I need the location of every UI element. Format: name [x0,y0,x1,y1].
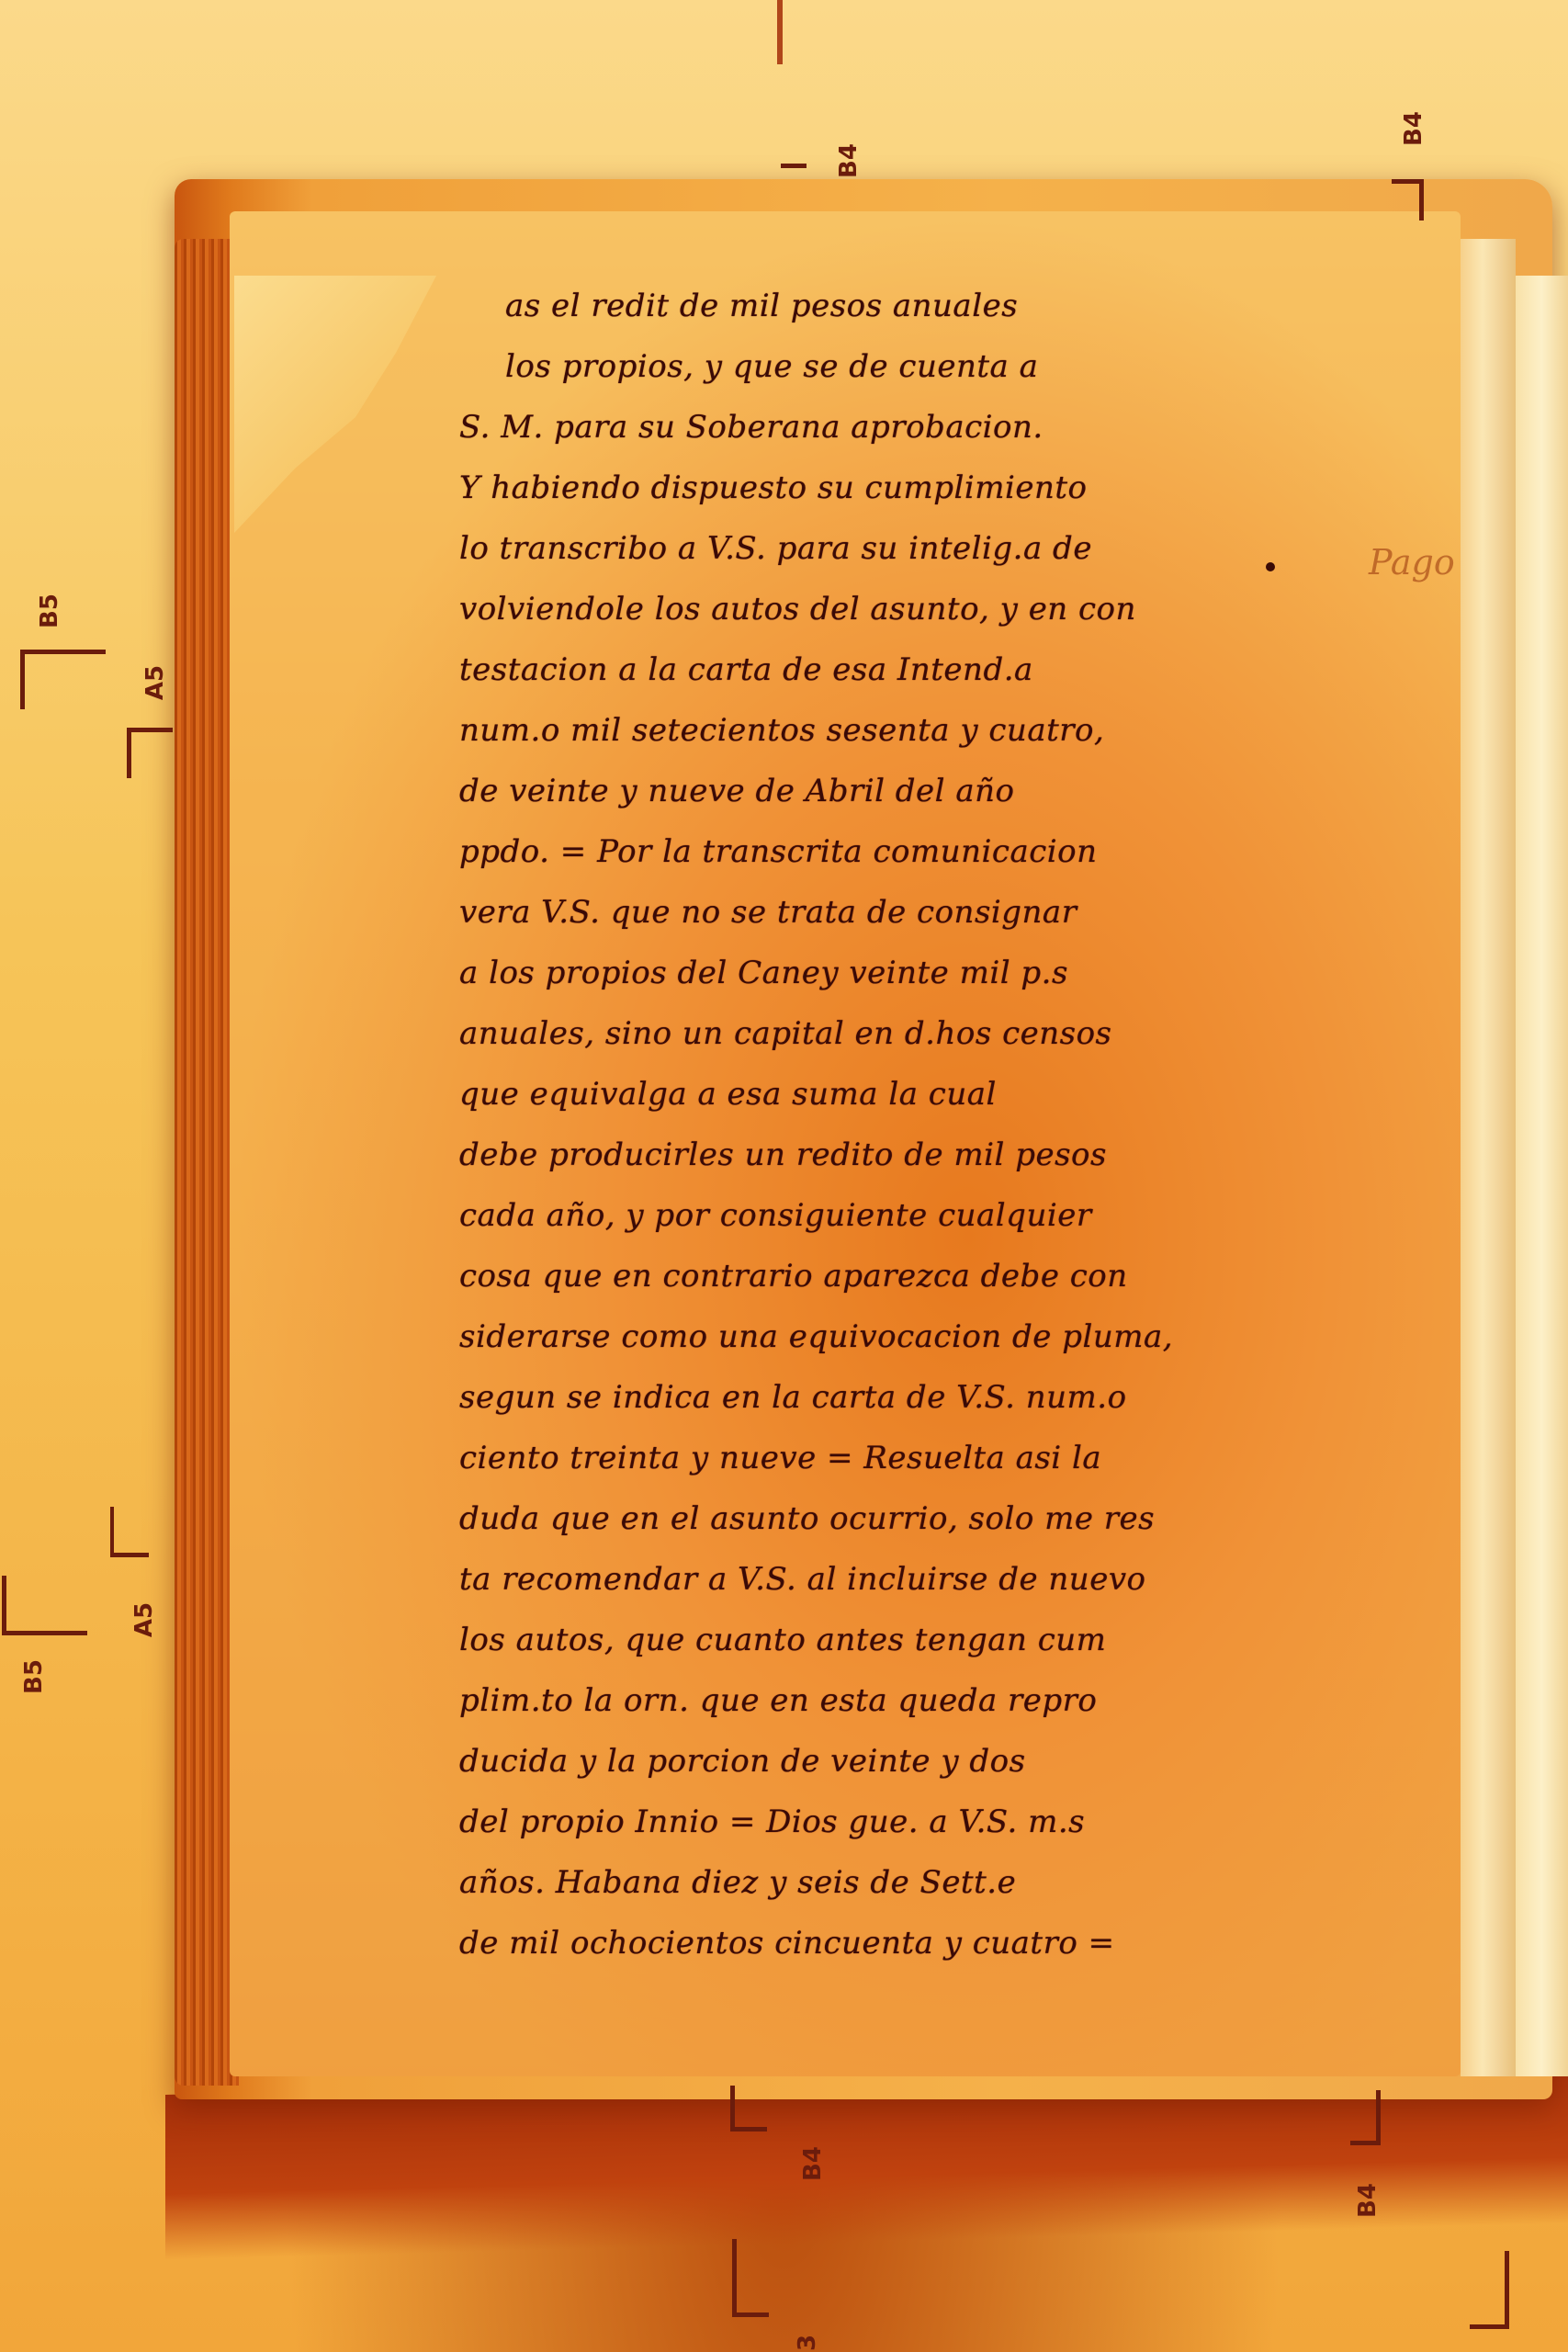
corner-mark-left-lower-outer [2,1576,87,1635]
text-line: volviendole los autos del asunto, y en c… [441,579,1286,639]
text-line: anuales, sino un capital en d.hos censos [441,1003,1286,1064]
text-line: años. Habana diez y seis de Sett.e [441,1852,1286,1913]
text-line: a los propios del Caney veinte mil p.s [441,943,1286,1003]
text-line: del propio Innio = Dios gue. a V.S. m.s [441,1792,1286,1852]
corner-mark-bottom-edge-left [732,2239,769,2317]
mark-label-bottom-edge: 3 [794,2335,821,2351]
text-line: los autos, que cuanto antes tengan cum [441,1610,1286,1670]
corner-mark-bottom-edge-right [1470,2251,1509,2329]
handwritten-text-block: as el redit de mil pesos anuales los pro… [441,276,1286,1973]
text-line: ta recomendar a V.S. al incluirse de nue… [441,1549,1286,1610]
text-line: lo transcribo a V.S. para su intelig.a d… [441,518,1286,579]
text-line: testacion a la carta de esa Intend.a [441,639,1286,700]
text-line: segun se indica en la carta de V.S. num.… [441,1367,1286,1428]
corner-mark-top-left [781,164,807,168]
top-edge-tick [777,0,783,64]
text-line: los propios, y que se de cuenta a [441,336,1286,397]
text-line: vera V.S. que no se trata de consignar [441,882,1286,943]
text-line: que equivalga a esa suma la cual [441,1064,1286,1125]
mark-label-bottom-left: B4 [799,2146,827,2181]
text-line: cosa que en contrario aparezca debe con [441,1246,1286,1306]
text-line: Y habiendo dispuesto su cumplimiento [441,458,1286,518]
text-line: de mil ochocientos cincuenta y cuatro = [441,1913,1286,1973]
page-gutter [1461,239,1516,2076]
text-line: num.o mil setecientos sesenta y cuatro, [441,700,1286,761]
text-line: S. M. para su Soberana aprobacion. [441,397,1286,458]
text-line: ppdo. = Por la transcrita comunicacion [441,821,1286,882]
corner-mark-left-upper-outer [20,650,106,709]
mark-label-bottom-right: B4 [1354,2183,1382,2218]
mark-label-top-left: B4 [835,143,863,178]
text-line: de veinte y nueve de Abril del año [441,761,1286,821]
text-line: ciento treinta y nueve = Resuelta asi la [441,1428,1286,1488]
text-line: duda que en el asunto ocurrio, solo me r… [441,1488,1286,1549]
text-line: plim.to la orn. que en esta queda repro [441,1670,1286,1731]
mark-label-left-lower-outer: B5 [20,1659,48,1694]
text-line: cada año, y por consiguiente cualquier [441,1185,1286,1246]
corner-mark-left-upper-inner [127,728,173,778]
text-line: debe producirles un redito de mil pesos [441,1125,1286,1185]
corner-mark-bottom-left [730,2086,767,2131]
mark-label-top-right: B4 [1400,111,1427,146]
text-line: siderarse como una equivocacion de pluma… [441,1306,1286,1367]
binding-spine [1516,276,1568,2076]
text-line: ducida y la porcion de veinte y dos [441,1731,1286,1792]
bleed-through-margin-note: Pago [1369,542,1455,582]
text-line: as el redit de mil pesos anuales [441,276,1286,336]
corner-mark-left-lower-inner [110,1507,149,1557]
mark-label-left-upper-outer: B5 [36,594,63,628]
mark-label-left-upper-inner: A5 [141,665,169,700]
mark-label-left-lower-inner: A5 [130,1602,158,1637]
corner-mark-bottom-right [1350,2090,1381,2145]
corner-mark-top-right [1392,179,1424,220]
